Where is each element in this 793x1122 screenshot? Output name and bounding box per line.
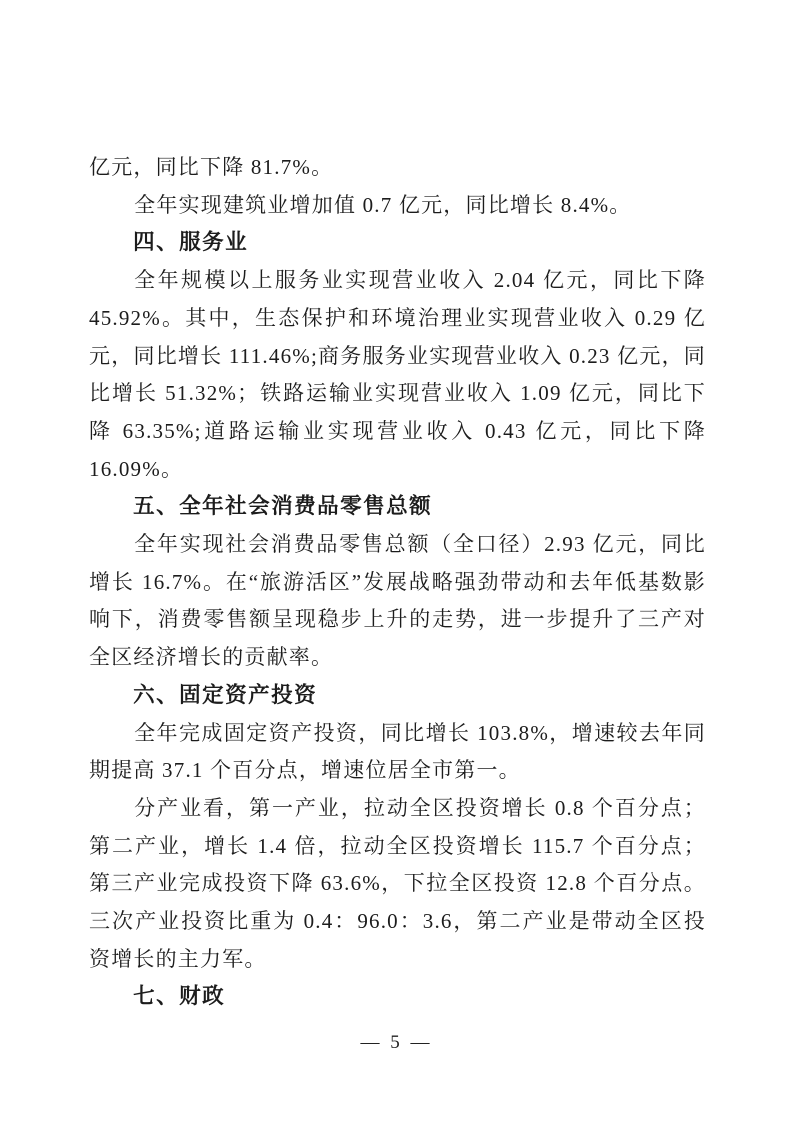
paragraph-investment-by-industry: 分产业看，第一产业，拉动全区投资增长 0.8 个百分点；第二产业，增长 1.4 … <box>89 790 706 979</box>
paragraph-construction: 全年实现建筑业增加值 0.7 亿元，同比增长 8.4%。 <box>89 187 706 225</box>
heading-section-five-retail-sales: 五、全年社会消费品零售总额 <box>89 488 706 526</box>
heading-section-seven-finance: 七、财政 <box>89 978 706 1016</box>
paragraph-services-revenue: 全年规模以上服务业实现营业收入 2.04 亿元，同比下降 45.92%。其中，生… <box>89 262 706 488</box>
paragraph-continuation-mining: 亿元，同比下降 81.7%。 <box>89 149 706 187</box>
document-page: 亿元，同比下降 81.7%。 全年实现建筑业增加值 0.7 亿元，同比增长 8.… <box>0 0 793 1122</box>
page-number: — 5 — <box>0 1032 793 1054</box>
heading-section-four-services: 四、服务业 <box>89 224 706 262</box>
paragraph-investment-growth: 全年完成固定资产投资，同比增长 103.8%，增速较去年同期提高 37.1 个百… <box>89 715 706 790</box>
paragraph-retail-sales: 全年实现社会消费品零售总额（全口径）2.93 亿元，同比增长 16.7%。在“旅… <box>89 526 706 677</box>
document-body: 亿元，同比下降 81.7%。 全年实现建筑业增加值 0.7 亿元，同比增长 8.… <box>89 149 706 1016</box>
heading-section-six-fixed-asset-investment: 六、固定资产投资 <box>89 677 706 715</box>
